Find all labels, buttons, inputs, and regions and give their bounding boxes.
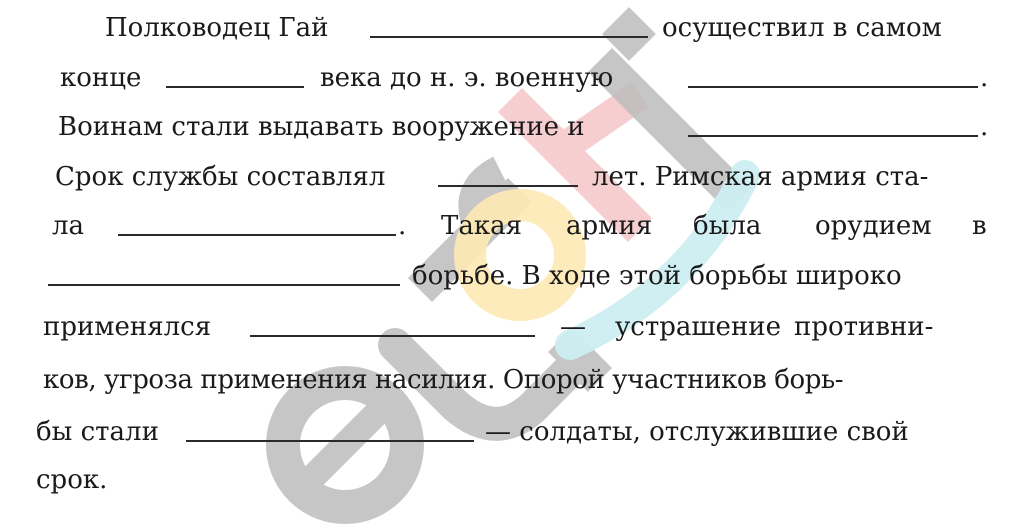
text-segment: — солдаты, отслужившие свой [485,412,909,452]
text-segment: срок. [36,460,107,500]
text-segment: применялся [43,307,211,347]
text-segment: лет. Римская армия ста- [592,157,928,197]
text-segment: . [980,107,988,147]
text-segment: в [972,206,987,246]
fill-in-blank[interactable] [186,440,474,442]
fill-in-blank[interactable] [166,86,304,88]
text-segment: армия [566,206,652,246]
text-segment: устрашение [615,307,781,347]
text-segment: ков, угроза применения насилия. Опорой у… [43,360,843,400]
text-segment: была [693,206,761,246]
fill-in-blank[interactable] [688,135,978,137]
text-segment: — [560,307,586,347]
fill-in-blank[interactable] [250,335,535,337]
fill-in-blank[interactable] [118,234,396,236]
text-segment: осуществил в самом [662,8,942,48]
fill-in-blank[interactable] [370,36,648,38]
text-segment: . [980,58,988,98]
fill-in-blank[interactable] [438,185,578,187]
text-segment: конце [60,58,141,98]
text-segment: орудием [815,206,932,246]
text-segment: Срок службы составлял [55,157,385,197]
text-segment: Такая [441,206,522,246]
text-segment: бы стали [36,412,159,452]
text-segment: ла [52,206,84,246]
text-segment: . [398,206,406,246]
text-segment: Воинам стали выдавать вооружение и [58,107,585,147]
fill-in-blank[interactable] [688,86,978,88]
text-segment: Полководец Гай [105,8,328,48]
text-segment: противни- [794,307,933,347]
text-segment: века до н. э. военную [320,58,613,98]
document-page: Полководец Гай осуществил в самом конце … [0,0,1024,528]
fill-in-blank[interactable] [48,284,400,286]
text-segment: борьбе. В ходе этой борьбы широко [412,256,902,296]
